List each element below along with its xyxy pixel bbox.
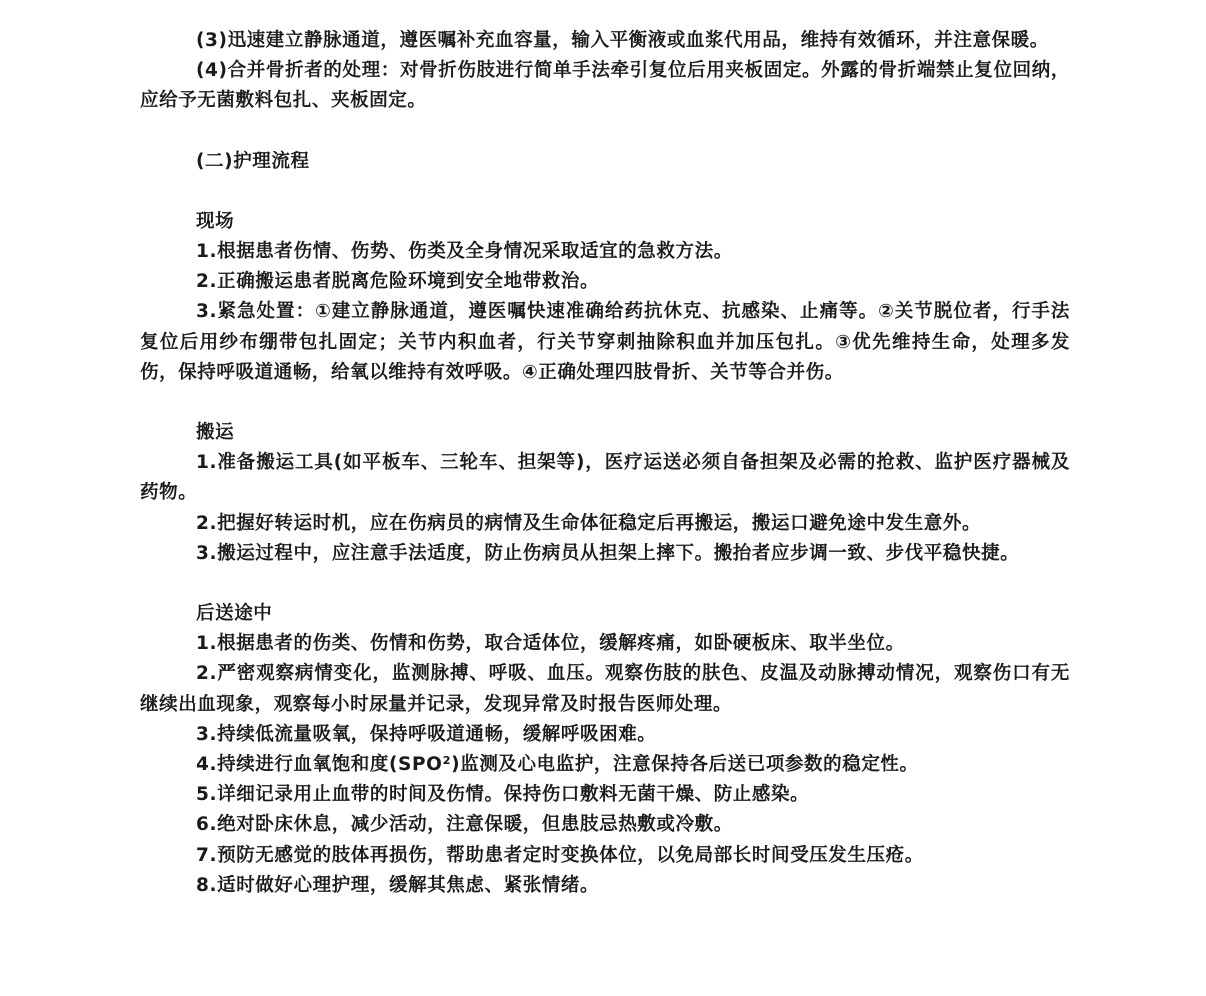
paragraph-intro-item4: (4)合并骨折者的处理：对骨折伤肢进行简单手法牵引复位后用夹板固定。外露的骨折端…: [140, 56, 1070, 116]
en-route-item-4: 4.持续进行血氧饱和度(SPO²)监测及心电监护，注意保持各后送已项参数的稳定性…: [140, 750, 1070, 780]
transport-item-1: 1.准备搬运工具(如平板车、三轮车、担架等)，医疗运送必须自备担架及必需的抢救、…: [140, 448, 1070, 508]
spacer: [140, 177, 1070, 207]
spacer: [140, 388, 1070, 418]
document-page: (3)迅速建立静脉通道，遵医嘱补充血容量，输入平衡液或血浆代用品，维持有效循环，…: [140, 26, 1070, 901]
scene-item-2: 2.正确搬运患者脱离危险环境到安全地带救治。: [140, 267, 1070, 297]
en-route-item-8: 8.适时做好心理护理，缓解其焦虑、紧张情绪。: [140, 871, 1070, 901]
en-route-item-7: 7.预防无感觉的肢体再损伤，帮助患者定时变换体位，以免局部长时间受压发生压疮。: [140, 841, 1070, 871]
section-title: (二)护理流程: [140, 147, 1070, 177]
subsection-title-transport: 搬运: [140, 418, 1070, 448]
en-route-item-1: 1.根据患者的伤类、伤情和伤势，取合适体位，缓解疼痛，如卧硬板床、取半坐位。: [140, 629, 1070, 659]
spacer: [140, 117, 1070, 147]
transport-item-2: 2.把握好转运时机，应在伤病员的病情及生命体征稳定后再搬运，搬运口避免途中发生意…: [140, 509, 1070, 539]
en-route-item-6: 6.绝对卧床休息，减少活动，注意保暖，但患肢忌热敷或冷敷。: [140, 810, 1070, 840]
paragraph-intro-item3: (3)迅速建立静脉通道，遵医嘱补充血容量，输入平衡液或血浆代用品，维持有效循环，…: [140, 26, 1070, 56]
transport-item-3: 3.搬运过程中，应注意手法适度，防止伤病员从担架上摔下。搬抬者应步调一致、步伐平…: [140, 539, 1070, 569]
scene-item-3: 3.紧急处置：①建立静脉通道，遵医嘱快速准确给药抗休克、抗感染、止痛等。②关节脱…: [140, 297, 1070, 388]
scene-item-1: 1.根据患者伤情、伤势、伤类及全身情况采取适宜的急救方法。: [140, 237, 1070, 267]
subsection-title-en-route: 后送途中: [140, 599, 1070, 629]
en-route-item-2: 2.严密观察病情变化，监测脉搏、呼吸、血压。观察伤肢的肤色、皮温及动脉搏动情况，…: [140, 659, 1070, 719]
en-route-item-3: 3.持续低流量吸氧，保持呼吸道通畅，缓解呼吸困难。: [140, 720, 1070, 750]
spacer: [140, 569, 1070, 599]
subsection-title-scene: 现场: [140, 207, 1070, 237]
en-route-item-5: 5.详细记录用止血带的时间及伤情。保持伤口敷料无菌干燥、防止感染。: [140, 780, 1070, 810]
